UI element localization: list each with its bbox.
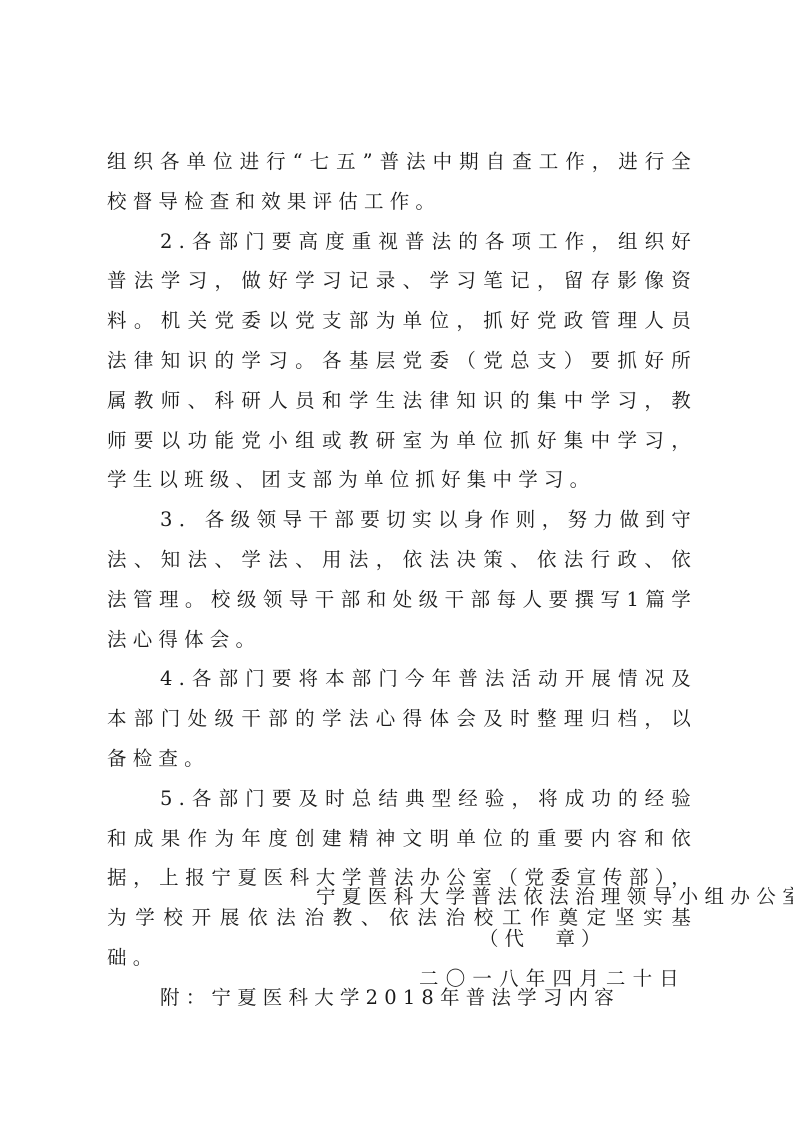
signature-seal: （代 章） [479, 923, 607, 951]
paragraph-item-5: 5.各部门要及时总结典型经验，将成功的经验和成果作为年度创建精神文明单位的重要内… [107, 779, 697, 978]
paragraph-item-3: 3．各级领导干部要切实以身作则，努力做到守法、知法、学法、用法，依法决策、依法行… [107, 500, 697, 659]
paragraph-continuation: 组织各单位进行“七五”普法中期自查工作，进行全校督导检查和效果评估工作。 [107, 142, 697, 222]
paragraph-item-4: 4.各部门要将本部门今年普法活动开展情况及本部门处级干部的学法心得体会及时整理归… [107, 659, 697, 778]
signature-organization: 宁夏医科大学普法依法治理领导小组办公室 [316, 881, 793, 909]
signature-date: 二〇一八年四月二十日 [419, 963, 686, 991]
paragraph-item-2: 2.各部门要高度重视普法的各项工作，组织好普法学习，做好学习记录、学习笔记，留存… [107, 222, 697, 501]
document-page: 组织各单位进行“七五”普法中期自查工作，进行全校督导检查和效果评估工作。 2.各… [0, 0, 793, 1122]
